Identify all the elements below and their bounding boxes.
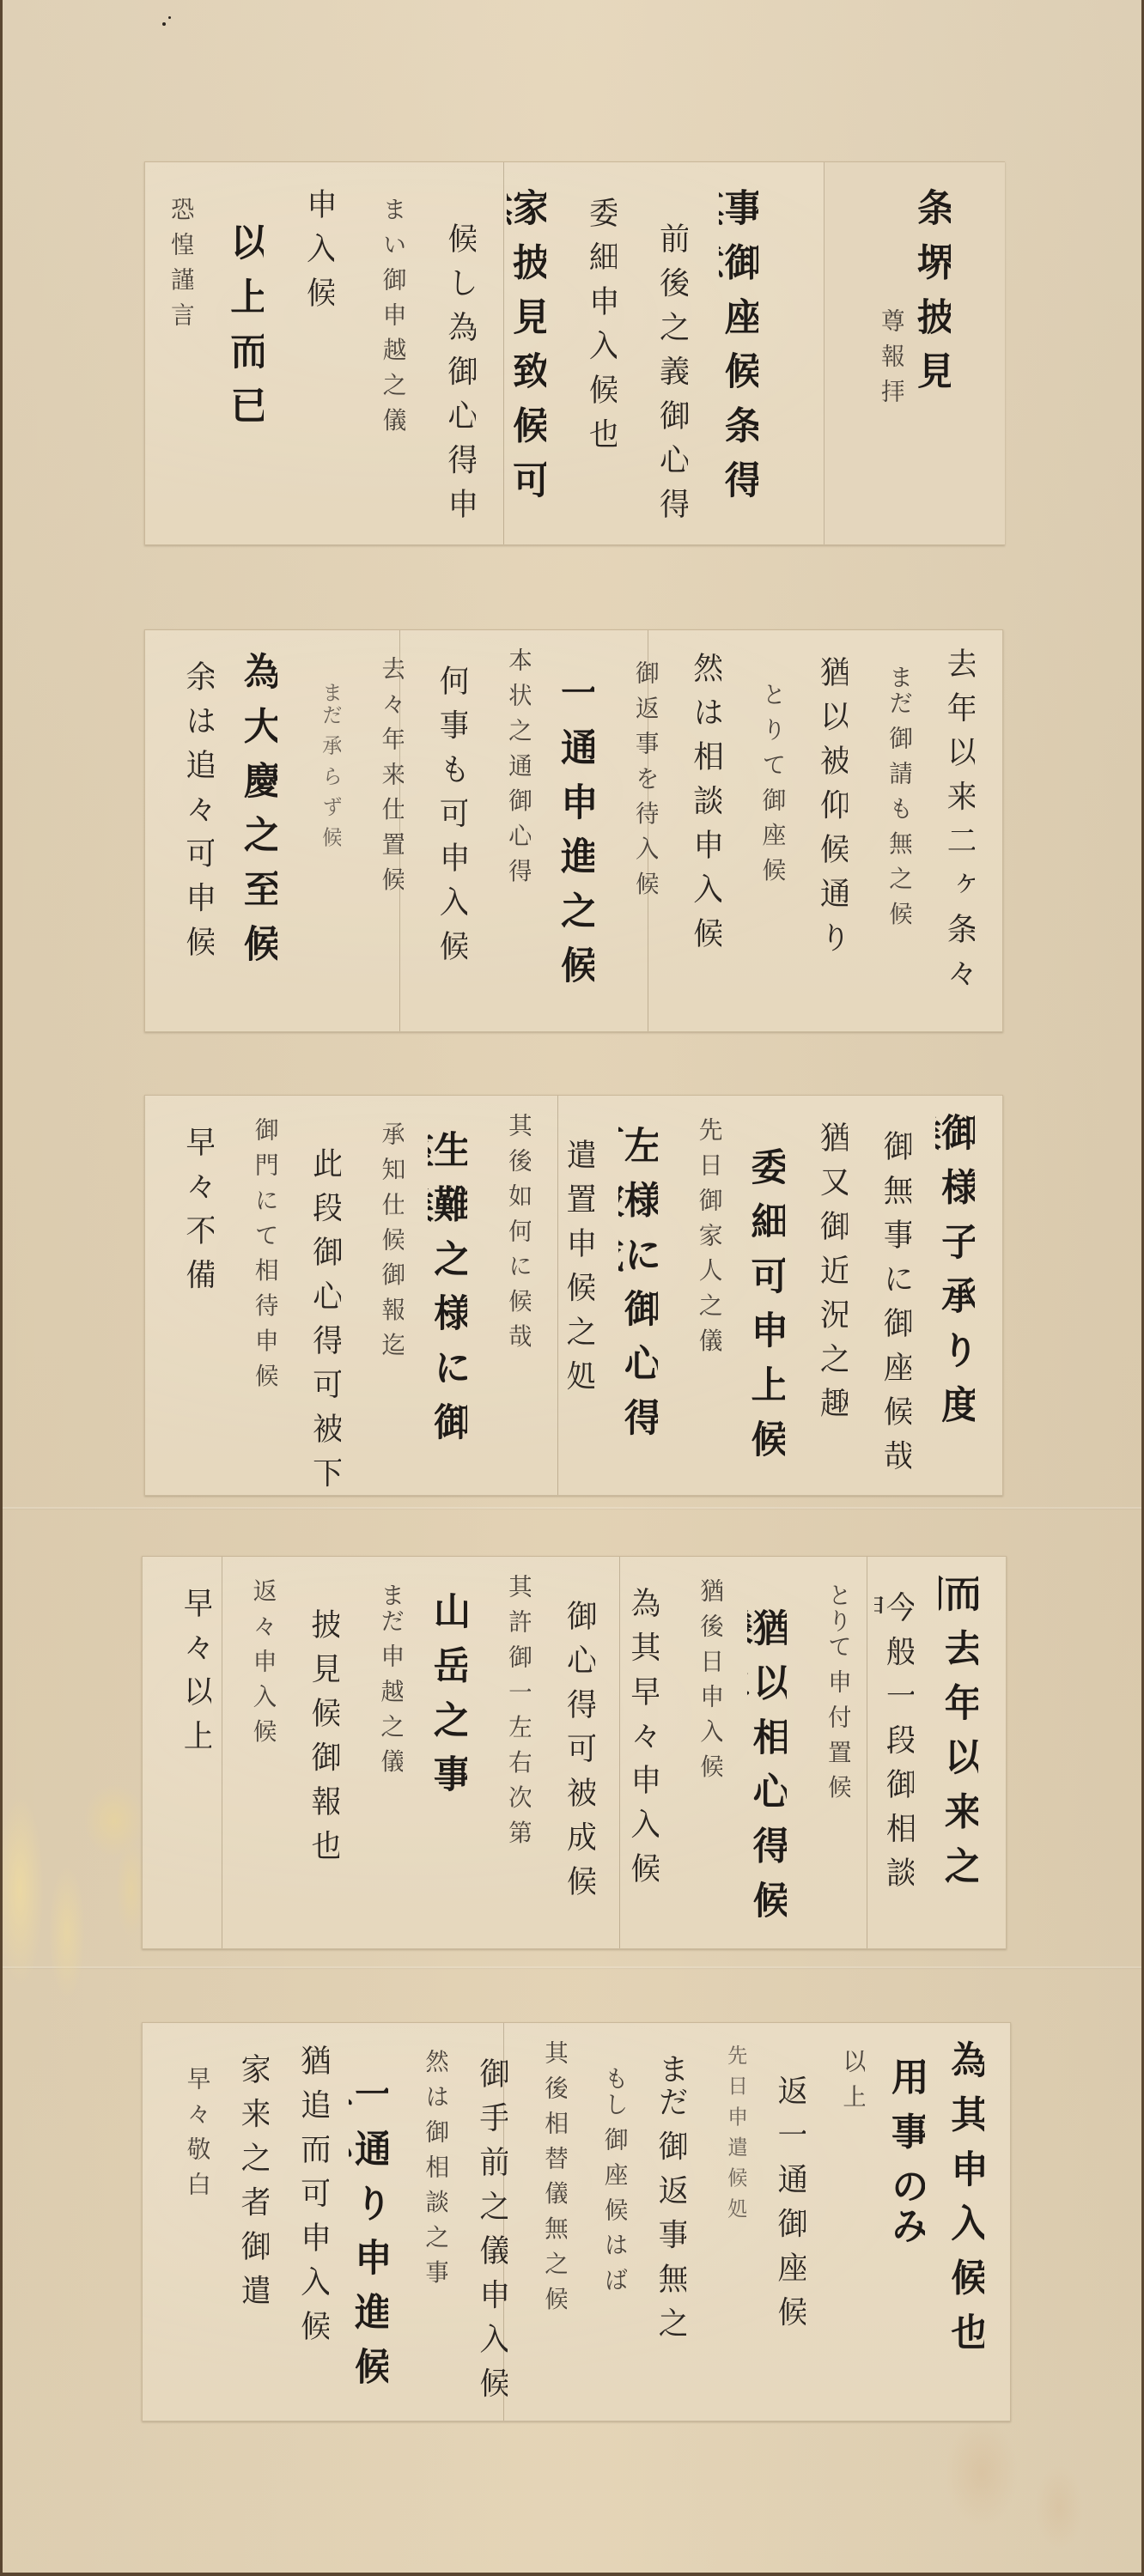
calligraphy-column: 恐 惶 謹 言 xyxy=(154,197,193,529)
calligraphy-column: 御 手 前 之 儀 申 入 候 xyxy=(468,2057,508,2405)
calligraphy-column: 左 様 に 御 心 得 可 被 成 xyxy=(618,1126,658,1475)
water-stain xyxy=(3,1717,149,2078)
calligraphy-column: 以 上 而 已 xyxy=(224,222,264,555)
calligraphy-column: 今 般 一 段 御 相 談 申 xyxy=(874,1591,914,1933)
calligraphy-column: 去 年 以 来 二 ヶ 条 々 xyxy=(935,647,975,999)
letter-sheet-1: 条 堺 披 見尊 報 拝事 御 座 候 条 得 其 意前 後 之 義 御 心 得… xyxy=(144,161,1005,545)
calligraphy-column: 而 去 年 以 来 之 間 xyxy=(939,1574,978,1916)
sheet-seam xyxy=(503,162,504,544)
calligraphy-column: 先 日 御 家 人 之 儀 xyxy=(682,1117,721,1467)
calligraphy-column: 生 難 之 様 に 御 座 候 xyxy=(428,1130,467,1479)
calligraphy-column: 委 細 申 入 候 也 xyxy=(577,197,617,529)
ink-speck xyxy=(162,22,166,26)
letter-sheet-2: 去 年 以 来 二 ヶ 条 々まだ 御 請 も 無 之 候猶 以 被 仰 候 通… xyxy=(144,629,1003,1032)
calligraphy-column: ま い 御 申 越 之 儀 xyxy=(366,197,405,529)
calligraphy-column: 承 知 仕 候 御 報 迄 xyxy=(364,1121,404,1471)
calligraphy-column: 猶 以 被 仰 候 通 り xyxy=(808,656,848,1007)
sheet-seam xyxy=(867,1557,867,1948)
calligraphy-column: 御 門 に て 相 待 申 候 xyxy=(238,1117,277,1467)
calligraphy-column: 返 々 申 入 候 xyxy=(236,1578,276,1920)
calligraphy-column: 山 岳 之 事 xyxy=(428,1591,467,1933)
calligraphy-column: 早 々 以 上 xyxy=(172,1587,211,1929)
calligraphy-column: まだ 承 ら ず 候 xyxy=(301,682,341,1033)
calligraphy-column: 為 大 慶 之 至 候 xyxy=(238,652,277,1003)
calligraphy-column: 先 日 申 遣 候 処 xyxy=(707,2044,746,2392)
calligraphy-column: 尊 報 拝 xyxy=(864,308,904,641)
calligraphy-column: 猶 後 日 申 入 候 xyxy=(683,1578,722,1920)
calligraphy-column: と り て 御 座 候 xyxy=(745,682,785,1033)
calligraphy-column: 委 細 可 申 上 候 xyxy=(745,1147,785,1497)
ink-speck xyxy=(168,16,171,19)
calligraphy-column: 事 御 座 候 条 得 其 意 xyxy=(719,188,758,520)
calligraphy-column: 其 後 相 替 儀 無 之 候 xyxy=(527,2040,567,2388)
calligraphy-column: 然 は 相 談 申 入 候 xyxy=(682,652,721,1003)
calligraphy-column: 一 通 り 申 進 候 ヘ ハ xyxy=(349,2075,388,2422)
calligraphy-column: 候 し 為 御 心 得 申 xyxy=(436,222,476,555)
calligraphy-column: 返 一 通 御 座 候 xyxy=(766,2075,806,2422)
calligraphy-column: 猶 又 御 近 況 之 趣 xyxy=(808,1121,848,1471)
calligraphy-column: 本 状 之 通 御 心 得 xyxy=(491,647,531,999)
calligraphy-column: 猶 以 相 心 得 候 様 に xyxy=(747,1608,787,1950)
calligraphy-column: 披 見 候 御 報 也 xyxy=(300,1608,339,1950)
calligraphy-column: 一 通 申 進 之 候 xyxy=(555,673,594,1024)
calligraphy-column: 御 返 事 を 待 入 候 xyxy=(618,660,658,1012)
calligraphy-column: 家 披 見 致 候 可 然 xyxy=(507,188,546,520)
calligraphy-column: 去 々 年 来 仕 置 候 xyxy=(364,656,404,1007)
calligraphy-column: 何 事 も 可 申 入 候 xyxy=(428,665,467,1016)
calligraphy-column: 条 堺 披 見 xyxy=(911,188,951,520)
calligraphy-column: 御 心 得 可 被 成 候 xyxy=(556,1600,595,1941)
calligraphy-column: 其 後 如 何 に 候 哉 xyxy=(491,1113,531,1462)
sheet-seam xyxy=(222,1557,222,1948)
letter-sheet-3: 御 様 子 承 り 度 候御 無 事 に 御 座 候 哉猶 又 御 近 況 之 … xyxy=(144,1095,1003,1496)
calligraphy-column: 此 段 御 心 得 可 被 下 xyxy=(301,1147,341,1497)
mount-crease xyxy=(3,1966,1141,1968)
calligraphy-column: 以 上 xyxy=(825,2049,865,2397)
calligraphy-column: 然 は 御 相 談 之 事 xyxy=(408,2049,447,2397)
calligraphy-column: 申 入 候 xyxy=(295,188,334,520)
calligraphy-column: 早 々 不 備 xyxy=(174,1126,214,1475)
calligraphy-column: もし 御 座 候 は ば xyxy=(587,2066,627,2414)
calligraphy-column: 遣 置 申 候 之 処 xyxy=(555,1139,594,1488)
calligraphy-column: まだ 御 返 事 無 之 xyxy=(647,2053,686,2401)
calligraphy-column: 御 無 事 に 御 座 候 哉 xyxy=(872,1130,911,1479)
calligraphy-column: 用 事 のみ xyxy=(885,2057,925,2405)
calligraphy-column: 余 は 追 々 可 申 候 xyxy=(174,660,214,1012)
mount-crease xyxy=(3,1507,1141,1509)
letter-sheet-5: 為 其 申 入 候 也用 事 のみ以 上返 一 通 御 座 候先 日 申 遣 候… xyxy=(142,2022,1011,2421)
calligraphy-column: 為 其 申 入 候 也 xyxy=(945,2040,984,2388)
calligraphy-column: 御 様 子 承 り 度 候 xyxy=(935,1113,975,1462)
calligraphy-column: 為 其 早 々 申 入 候 xyxy=(619,1587,659,1929)
calligraphy-column: 前 後 之 義 御 心 得 xyxy=(648,222,688,555)
calligraphy-column: まだ 申 越 之 儀 xyxy=(363,1583,403,1924)
calligraphy-column: 其 許 御 一 左 右 次 第 xyxy=(491,1574,531,1916)
calligraphy-column: とりて 申 付 置 候 xyxy=(811,1583,850,1924)
calligraphy-column: 家 来 之 者 御 遣 xyxy=(229,2053,269,2401)
letter-sheet-4: 而 去 年 以 来 之 間今 般 一 段 御 相 談 申とりて 申 付 置 候猶… xyxy=(142,1556,1007,1949)
calligraphy-column: 早 々 敬 白 xyxy=(170,2066,210,2414)
calligraphy-column: まだ 御 請 も 無 之 候 xyxy=(872,665,911,1016)
calligraphy-column: 猶 追 而 可 申 入 候 xyxy=(289,2044,329,2392)
